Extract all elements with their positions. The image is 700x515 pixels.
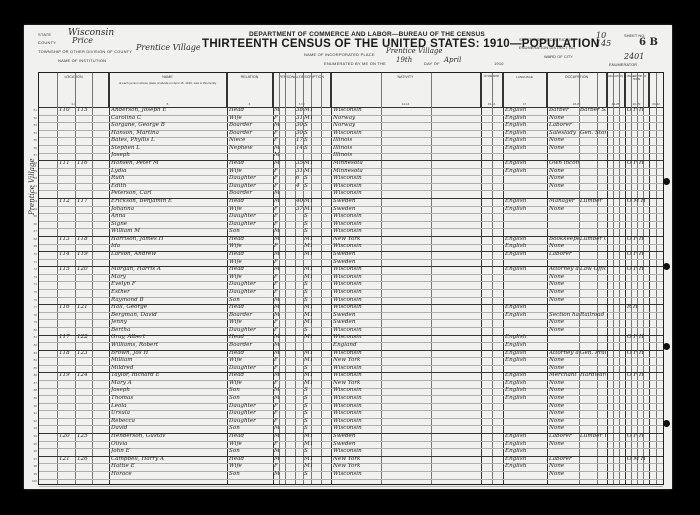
cell-sex: M [274,236,279,244]
cell-occ: None [549,289,579,297]
cell-lang: English [505,380,546,388]
supervisor-district-label: SUPERVISOR'S DISTRICT NO. [519,37,576,42]
line-number: 53 [29,122,37,130]
cell-occ: Laborer [549,456,579,464]
county-label: COUNTY [38,40,56,45]
line-number: 75 [29,289,37,297]
cell-sex: F [274,319,279,327]
cell-lang: English [505,137,546,145]
cell-name: Anna [111,213,226,221]
cell-occ: None [549,206,579,214]
cell-lang: English [505,350,546,358]
cell-sex: M [274,251,279,259]
cell-relation: Daughter [229,289,272,297]
cell-marital: M1 [304,319,312,327]
line-number: 81 [29,334,37,342]
cell-marital: S [304,448,312,456]
cell-occ: Bookkeeper [549,236,579,244]
cell-family: 125 [77,433,92,441]
cell-relation: Daughter [229,221,272,229]
cell-name: Evelyn F [111,281,226,289]
cell-marital: S [304,365,312,373]
cell-relation: Head [229,456,272,464]
cell-birth: Sweden [333,319,381,327]
cell-marital: M1 [304,266,312,274]
line-number: 68 [29,236,37,244]
township-label: TOWNSHIP OR OTHER DIVISION OF COUNTY [38,49,132,54]
line-number: 69 [29,243,37,251]
cell-sex: F [274,441,279,449]
cell-marital: S [304,145,312,153]
cell-marital: S [304,297,312,305]
line-number: 66 [29,221,37,229]
cell-occ: None [549,274,579,282]
line-number: 74 [29,281,37,289]
cell-name: Bertha [111,327,226,335]
cell-occ: None [549,387,579,395]
col-personal-description: PERSONAL DESCRIPTION7-13 [273,73,331,107]
cell-name: Campbell, Harry A [111,456,226,464]
cell-industry: Railroad [580,312,606,320]
cell-sex: F [274,403,279,411]
cell-birth: Wisconsin [333,418,381,426]
cell-own: O F H [627,107,649,115]
cell-occ: None [549,281,579,289]
cell-industry: Hardware [580,372,606,380]
line-number: 73 [29,274,37,282]
cell-birth: Norway [333,115,381,123]
cell-relation: Head [229,433,272,441]
cell-marital: S [304,221,312,229]
line-number: 83 [29,350,37,358]
cell-sex: F [274,115,279,123]
cell-name: Rebecca [111,418,226,426]
cell-own: O F H [627,433,649,441]
line-number: 71 [29,259,37,267]
cell-birth: Wisconsin [333,410,381,418]
cell-marital: M1 [304,304,312,312]
cell-sex: M [274,395,279,403]
cell-sex: M [274,145,279,153]
cell-sex: M [274,471,279,479]
enumerated-label: ENUMERATED BY ME ON THE [324,61,386,66]
cell-marital: M1 [304,456,312,464]
cell-name: Lydia [111,168,226,176]
cell-occ: None [549,380,579,388]
cell-birth: England [333,342,381,350]
cell-occ: None [549,168,579,176]
cell-dwelling: 118 [59,350,75,358]
cell-family: 122 [77,334,92,342]
cell-birth: Sweden [333,251,381,259]
cell-name: Hansen, Peter M [111,160,226,168]
cell-sex: F [274,418,279,426]
cell-sex: F [274,243,279,251]
cell-industry: Law Office [580,266,606,274]
cell-marital: M1 [304,274,312,282]
cell-occ: None [549,365,579,373]
cell-age: 38 [296,107,304,115]
cell-lang: English [505,145,546,153]
cell-family: 121 [77,304,92,312]
ward-label: WARD OF CITY [544,54,573,59]
cell-birth: New York [333,463,381,471]
cell-marital: M1 [304,350,312,358]
cell-dwelling: 111 [59,160,75,168]
cell-occ: Attorney at law [549,266,579,274]
cell-sex: F [274,206,279,214]
line-number: 67 [29,228,37,236]
cell-age: 14 [296,145,304,153]
cell-own: O M H [627,456,649,464]
enumeration-district-label: ENUMERATION DISTRICT NO. [519,45,576,50]
cell-marital: M1 [304,198,312,206]
cell-sex: F [274,380,279,388]
line-number: 94 [29,433,37,441]
cell-relation: Son [229,425,272,433]
cell-lang: English [505,312,546,320]
cell-relation: Daughter [229,410,272,418]
cell-lang: English [505,463,546,471]
state-label: STATE [38,32,51,37]
cell-birth: Wisconsin [333,425,381,433]
cell-relation: Boarder [229,312,272,320]
cell-relation: Niece [229,137,272,145]
cell-lang: English [505,372,546,380]
cell-relation: Wife [229,243,272,251]
cell-birth: Wisconsin [333,266,381,274]
cell-sex: F [274,365,279,373]
cell-occ: None [549,403,579,411]
cell-birth: New York [333,357,381,365]
cell-lang: English [505,198,546,206]
cell-sex: M [274,190,279,198]
cell-relation: Head [229,198,272,206]
cell-lang: English [505,357,546,365]
cell-birth: Illinois [333,137,381,145]
line-number: 91 [29,410,37,418]
cell-relation: Daughter [229,327,272,335]
cell-occ: None [549,418,579,426]
cell-marital: S [304,213,312,221]
sheet-value: 6 B [639,37,658,48]
cell-sex: F [274,168,279,176]
cell-birth: Minnesota [333,168,381,176]
cell-occ: None [549,357,579,365]
cell-lang: English [505,236,546,244]
cell-relation: Boarder [229,190,272,198]
cell-name: Erickson, Benjamin E [111,198,226,206]
cell-lang: English [505,448,546,456]
line-number: 87 [29,380,37,388]
cell-dwelling: 121 [59,456,75,464]
cell-age: 30 [296,122,304,130]
line-number: 98 [29,463,37,471]
cell-sex: M [274,387,279,395]
cell-relation: Daughter [229,213,272,221]
cell-sex: F [274,213,279,221]
cell-own: O F H [627,372,649,380]
cell-birth: Norway [333,122,381,130]
line-number: 92 [29,418,37,426]
cell-name: Milliam [111,357,226,365]
cell-sex: M [274,228,279,236]
cell-relation: Daughter [229,365,272,373]
line-number: 56 [29,145,37,153]
cell-lang: English [505,130,546,138]
cell-birth: Wisconsin [333,213,381,221]
cell-birth: Wisconsin [333,228,381,236]
cell-sex: F [274,410,279,418]
cell-occ: Laborer [549,251,579,259]
cell-birth: Wisconsin [333,334,381,342]
cell-name: Williams, Robert [111,342,226,350]
cell-relation: Boarder [229,130,272,138]
census-sheet: STATE Wisconsin COUNTY Price TOWNSHIP OR… [24,25,672,489]
cell-birth: New York [333,456,381,464]
county-value: Price [72,36,93,45]
cell-relation: Head [229,372,272,380]
cell-name: Stephen L [111,145,226,153]
cell-age: 35 [296,160,304,168]
cell-name: Mildred [111,365,226,373]
cell-age: 40 [296,198,304,206]
cell-name: Larson, Andrew [111,251,226,259]
cell-lang: English [505,107,546,115]
cell-occ: None [549,395,579,403]
cell-marital: M1 [304,463,312,471]
cell-occ: Merchant [549,372,579,380]
line-number: 52 [29,115,37,123]
cell-marital: S [304,130,312,138]
cell-dwelling: 113 [59,236,75,244]
punch-hole [663,178,670,185]
cell-sex: M [274,425,279,433]
cell-birth: Wisconsin [333,403,381,411]
cell-occ: None [549,137,579,145]
enumeration-district-value: 145 [596,39,611,48]
cell-sex: F [274,357,279,365]
cell-name: Taylor, Richard E [111,372,226,380]
cell-sex: F [274,130,279,138]
cell-name: Raymond B [111,297,226,305]
cell-birth: Wisconsin [333,175,381,183]
cell-sex: M [274,433,279,441]
cell-dwelling: 119 [59,372,75,380]
cell-relation: Boarder [229,122,272,130]
cell-name: Mary A [111,380,226,388]
cell-own: O F H [627,334,649,342]
col-language: LANGUAGE17 [503,73,547,107]
cell-lang: English [505,387,546,395]
cell-relation: Daughter [229,175,272,183]
cell-name: Joseph [111,387,226,395]
cell-relation: Daughter [229,403,272,411]
cell-occ: None [549,327,579,335]
cell-name: Carolina C [111,115,226,123]
cell-lang: English [505,243,546,251]
cell-name: Edith [111,183,226,191]
cell-name: Olivia [111,441,226,449]
cell-name: David [111,425,226,433]
cell-age: 30 [296,130,304,138]
cell-sex: M [274,372,279,380]
cell-birth: Illinois [333,145,381,153]
cell-name: Horace [111,471,226,479]
cell-family: 123 [77,350,92,358]
cell-occ: None [549,297,579,305]
cell-occ: None [549,183,579,191]
cell-birth: Wisconsin [333,281,381,289]
cell-birth: Wisconsin [333,221,381,229]
line-number: 79 [29,319,37,327]
cell-sex: M [274,304,279,312]
cell-sex: F [274,221,279,229]
cell-age: 37 [296,206,304,214]
cell-own: O M H [627,198,649,206]
line-number: 90 [29,403,37,411]
cell-relation: Son [229,387,272,395]
cell-relation: Wife [229,357,272,365]
line-number: 77 [29,304,37,312]
cell-lang: English [505,122,546,130]
cell-birth: Illinois [333,152,381,160]
cell-marital: M1 [304,441,312,449]
cell-birth: Wisconsin [333,395,381,403]
cell-industry: Lumber Yard [580,433,606,441]
cell-sex: F [274,289,279,297]
cell-occ: None [549,175,579,183]
cell-occ: Laborer [549,122,579,130]
cell-birth: Wisconsin [333,243,381,251]
cell-name: Johanna [111,206,226,214]
cell-lang: English [505,433,546,441]
cell-name: Hall, George [111,304,226,312]
cell-marital: M1 [304,168,312,176]
cell-lang: English [505,342,546,350]
cell-marital: S [304,403,312,411]
cell-name: Harrison, James H [111,236,226,244]
cell-name: Anderson, Joseph E [111,107,226,115]
cell-dwelling: 112 [59,198,75,206]
cell-occ: None [549,463,579,471]
cell-own: O F H [627,236,649,244]
cell-lang: English [505,160,546,168]
cell-family: 126 [77,456,92,464]
cell-marital: S [304,418,312,426]
cell-relation: Son [229,297,272,305]
incorporated-place-value: Prentice Village [386,47,443,55]
cell-sex: M [274,107,279,115]
line-number: 97 [29,456,37,464]
cell-relation: Daughter [229,183,272,191]
cell-marital: S [304,395,312,403]
cell-marital: M1 [304,334,312,342]
line-number: 88 [29,387,37,395]
cell-marital: M1 [304,380,312,388]
cell-lang: English [505,395,546,403]
cell-family: 117 [77,198,92,206]
cell-marital: M1 [304,312,312,320]
line-number: 85 [29,365,37,373]
cell-marital: S [304,183,312,191]
stamp-number: 2401 [624,52,644,61]
cell-marital: S [304,327,312,335]
cell-relation: Head [229,266,272,274]
cell-occ: None [549,425,579,433]
cell-sex: F [274,259,279,267]
cell-sex: M [274,297,279,305]
punch-hole [663,420,670,427]
line-number: 82 [29,342,37,350]
cell-lang: English [505,441,546,449]
col-relation: RELATION6 [227,73,273,107]
cell-lang: English [505,168,546,176]
cell-name: Thomas [111,395,226,403]
cell-age: 31 [296,168,304,176]
cell-industry: Gen. Store [580,130,606,138]
cell-birth: Sweden [333,312,381,320]
cell-relation: Head [229,304,272,312]
cell-sex: M [274,122,279,130]
cell-marital: M1 [304,372,312,380]
cell-name: Joseph [111,152,226,160]
cell-birth: Wisconsin [333,190,381,198]
cell-name: Leola [111,403,226,411]
cell-relation: Son [229,448,272,456]
line-number: 80 [29,327,37,335]
cell-relation: Wife [229,259,272,267]
line-number: 76 [29,297,37,305]
line-number: 99 [29,471,37,479]
cell-sex: M [274,312,279,320]
cell-name: Hattie E [111,463,226,471]
cell-marital: M1 [304,160,312,168]
cell-marital: S [304,425,312,433]
cell-marital: S [304,122,312,130]
institution-label: NAME OF INSTITUTION [58,58,106,63]
cell-birth: Wisconsin [333,372,381,380]
line-number: 72 [29,266,37,274]
cell-occ: Saleslady [549,130,579,138]
col-name: NAMEof each person whose place of abode … [109,73,227,107]
cell-lang: English [505,115,546,123]
cell-relation: Wife [229,463,272,471]
cell-relation: Boarder [229,342,272,350]
cell-own: R H [627,304,649,312]
cell-marital: S [304,471,312,479]
col-occupation: OCCUPATION18-20 [547,73,607,107]
cell-relation: Head [229,236,272,244]
cell-name: Ursula [111,410,226,418]
cell-own: O F H [627,251,649,259]
cell-lang: English [505,334,546,342]
cell-occ: Laborer [549,433,579,441]
cell-birth: Wisconsin [333,365,381,373]
cell-birth: Sweden [333,433,381,441]
year-label: 1910 [494,61,504,66]
cell-lang: English [505,266,546,274]
cell-marital: S [304,175,312,183]
cell-name: Mary [111,274,226,282]
enumerated-day: 19th [396,56,412,64]
enumerator-label: ENUMERATOR [609,62,637,67]
line-number: 78 [29,312,37,320]
cell-relation: Head [229,107,272,115]
col-education: EDUCATION23-25 [607,73,625,107]
line-number: 95 [29,441,37,449]
cell-marital: M1 [304,115,312,123]
